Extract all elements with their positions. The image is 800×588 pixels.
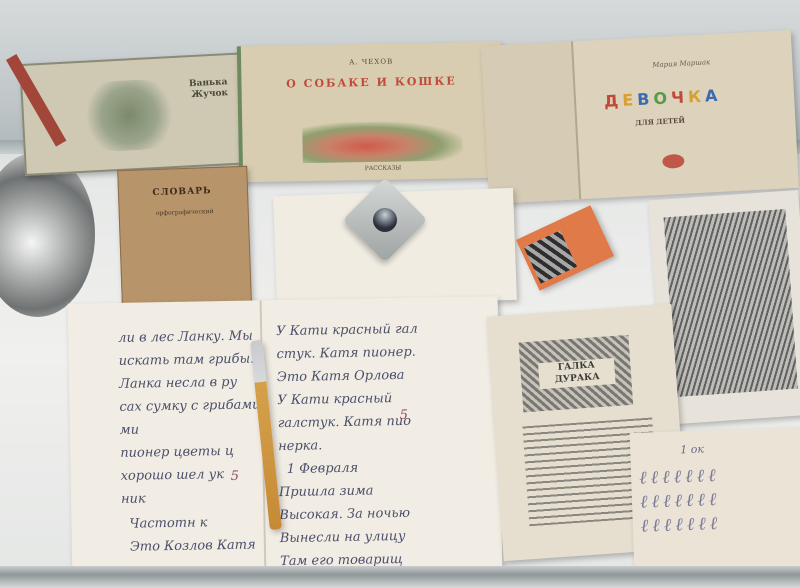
book-vanka-zhuchok: Ванька Жучок (19, 52, 254, 176)
book-cover-illustration (77, 78, 181, 153)
book-subtitle: РАССКАЗЫ (293, 163, 473, 173)
pen-nibs (524, 230, 577, 283)
copybook-left-page-text: ли в лес Ланку. Мы искать там грибы. Лан… (118, 324, 262, 510)
book-devochka: Мария Маршак ДЕВОЧКА ДЛЯ ДЕТЕЙ (481, 30, 799, 204)
book-title: О СОБАКЕ И КОШКЕ (271, 74, 471, 90)
copybook-signature: Частотн к Это Козлов Катя (129, 511, 256, 559)
book-title: ДЕВОЧКА (604, 86, 722, 111)
booklet-title: ГАЛКА ДУРАКА (538, 358, 616, 389)
metal-kettle (0, 152, 95, 317)
handwritten-copybook: ли в лес Ланку. Мы искать там грибы. Лан… (68, 296, 503, 578)
book-cover-illustration (302, 120, 463, 163)
book-subtitle: орфографический (140, 207, 230, 217)
book-left-page (481, 41, 581, 204)
museum-display-case: Ванька Жучок А. ЧЕХОВ О СОБАКЕ И КОШКЕ Р… (0, 0, 800, 588)
practice-header: 1 ок (680, 443, 704, 457)
inkwell-cap (368, 203, 402, 237)
book-subtitle: ДЛЯ ДЕТЕЙ (635, 116, 685, 128)
pen-nib-box (516, 205, 614, 290)
publisher-emblem (662, 154, 685, 169)
practice-rows: ℓℓℓℓℓℓℓ ℓℓℓℓℓℓℓ ℓℓℓℓℓℓℓ (639, 464, 722, 539)
engraving-image (664, 209, 798, 397)
grade-mark-left: 5 (231, 469, 240, 484)
book-author: А. ЧЕХОВ (281, 56, 461, 67)
book-author: Мария Маршак (652, 58, 710, 69)
grade-mark-right: 5 (400, 408, 409, 423)
calligraphy-practice-sheet: 1 ок ℓℓℓℓℓℓℓ ℓℓℓℓℓℓℓ ℓℓℓℓℓℓℓ (630, 427, 800, 573)
copybook-right-page-text: У Кати красный гал стук. Катя пионер. Эт… (276, 318, 422, 573)
book-dog-and-cat: А. ЧЕХОВ О СОБАКЕ И КОШКЕ РАССКАЗЫ (237, 42, 503, 183)
book-title: Ванька Жучок (189, 77, 229, 101)
display-case-rail (0, 566, 800, 588)
book-title: СЛОВАРЬ (127, 185, 237, 199)
